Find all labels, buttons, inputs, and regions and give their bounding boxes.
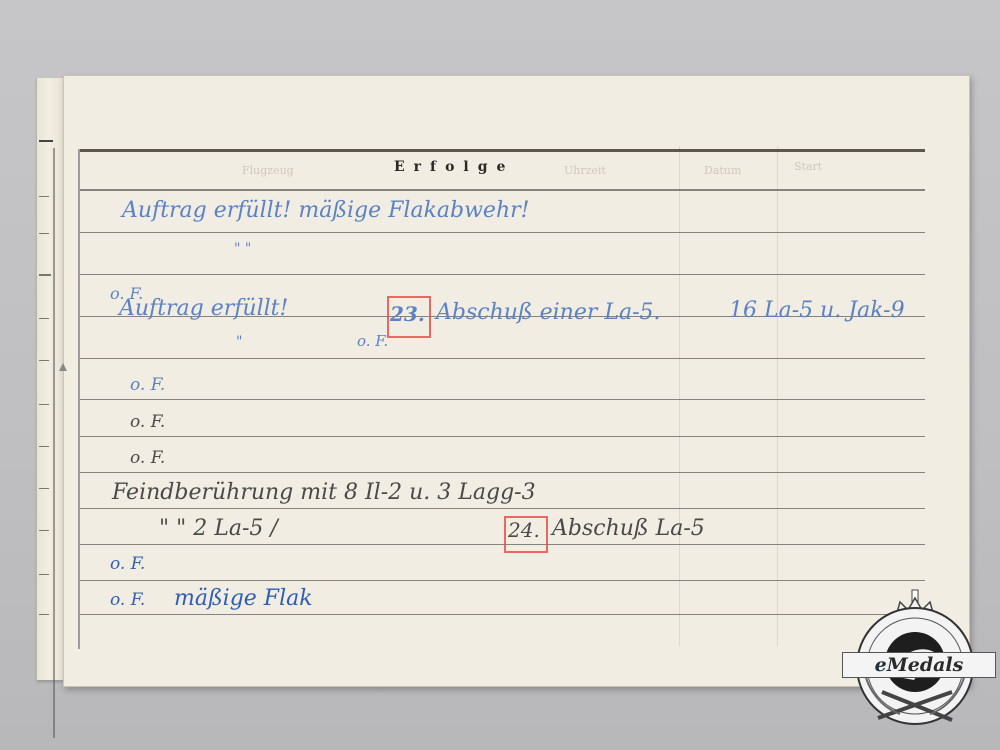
entry-row-4-note: 16 La-5 u. Jak-9 (729, 298, 905, 323)
entry-row-5: " (236, 334, 242, 350)
spine-rule (39, 530, 49, 531)
ghost-header: Flugzeug (242, 164, 294, 177)
spine-vertical-rule (53, 148, 55, 738)
row-rule (80, 472, 925, 473)
logbook-spine (36, 78, 66, 680)
spine-rule (39, 404, 49, 405)
entry-row-12-continuation: mäßige Flak (174, 586, 313, 611)
row-rule (80, 614, 925, 615)
ghost-header: Datum (704, 164, 741, 177)
spine-rule (39, 360, 49, 361)
entry-row-1: Auftrag erfüllt! mäßige Flakabwehr! (122, 198, 529, 223)
spine-rule (39, 488, 49, 489)
victory-number-23: 23. (390, 302, 425, 326)
header-bottom-rule (80, 189, 925, 191)
ghost-column-line (679, 146, 680, 646)
logbook-page: Flugzeug Uhrzeit Datum Start Erfolge Auf… (63, 75, 970, 687)
spine-rule (39, 318, 49, 319)
spine-rule (39, 446, 49, 447)
spine-rule (39, 614, 49, 615)
entry-row-4-continuation: Abschuß einer La-5. (436, 300, 661, 325)
page-marker-triangle-icon (59, 363, 67, 371)
row-rule (80, 274, 925, 275)
brand-name: Medals (887, 654, 964, 676)
row-rule (80, 544, 925, 545)
row-rule (80, 232, 925, 233)
row-rule (80, 508, 925, 509)
victory-number-24: 24. (508, 518, 540, 542)
entry-row-10-continuation: Abschuß La-5 (552, 516, 705, 541)
emedals-watermark-logo: eMedals (848, 588, 988, 738)
entry-row-6: o. F. (130, 375, 165, 395)
spine-rule (39, 274, 51, 276)
spine-rule (39, 233, 49, 234)
row-rule (80, 399, 925, 400)
spine-rule (39, 140, 53, 142)
ghost-column-line (777, 146, 778, 646)
row-rule (80, 436, 925, 437)
page-heading: Erfolge (394, 159, 514, 175)
spine-rule (39, 196, 49, 197)
row-rule (80, 580, 925, 581)
entry-row-10-text: " " 2 La-5 / (159, 516, 278, 541)
entry-row-11: o. F. (110, 554, 145, 574)
spine-rule (39, 574, 49, 575)
entry-row-2: " " (234, 241, 251, 257)
entry-row-4-text: Auftrag erfüllt! (119, 296, 288, 321)
entry-row-9: Feindberührung mit 8 Il-2 u. 3 Lagg-3 (112, 480, 536, 505)
entry-row-5-sub: o. F. (357, 332, 388, 350)
ghost-header: Uhrzeit (564, 164, 606, 177)
ghost-header: Start (794, 160, 822, 173)
emedals-banner: eMedals (842, 652, 996, 678)
entry-row-7: o. F. (130, 412, 165, 432)
entry-row-12: o. F. (110, 590, 145, 610)
brand-e: e (875, 654, 887, 676)
row-rule (80, 358, 925, 359)
header-top-rule (80, 149, 925, 152)
entry-row-8: o. F. (130, 448, 165, 468)
